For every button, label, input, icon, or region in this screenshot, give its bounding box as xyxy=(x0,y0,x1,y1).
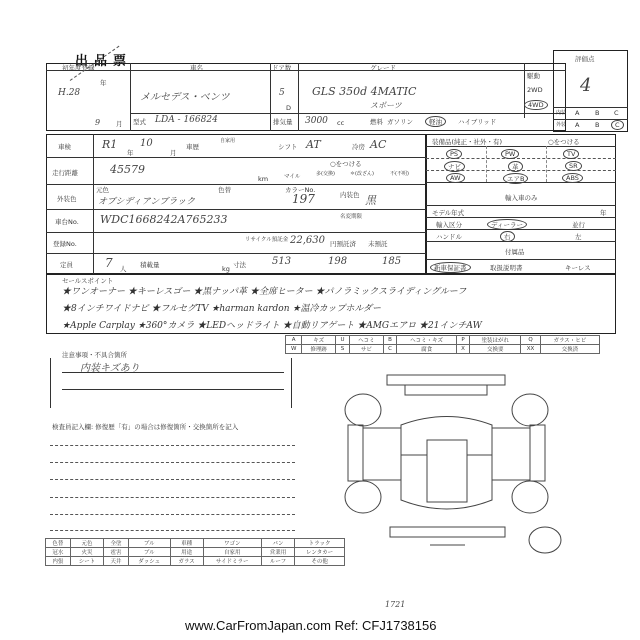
equip-aw: AW xyxy=(446,173,465,183)
ac-value: AC xyxy=(370,138,386,151)
acc-manual: 取扱説明書 xyxy=(490,263,523,272)
grade-label: グレード xyxy=(370,63,396,72)
drive-2wd: 2WD xyxy=(527,86,543,94)
fuel-gasoline: ガソリン xyxy=(387,117,413,126)
doors-value: 5 xyxy=(279,88,285,98)
equip-sr: SR xyxy=(565,161,582,171)
footer-site: www.CarFromJapan.com xyxy=(185,618,331,633)
registration-label: 登録No. xyxy=(53,239,77,248)
acc-keyless: キーレス xyxy=(565,263,591,272)
grade-sub: スポーツ xyxy=(370,100,402,111)
vin-label: 車台No. xyxy=(55,217,79,226)
exterior-grade-selected: C xyxy=(611,120,624,130)
drive-label: 駆動 xyxy=(527,71,540,80)
exterior-color-value: オブシディアンブラック xyxy=(98,194,195,207)
exterior-color-label: 外装色 xyxy=(57,194,77,203)
recycle-amount: 22,630 xyxy=(290,235,325,246)
sales-point-line: ★Apple Carplay ★360°カメラ ★LEDヘッドライト ★自動リア… xyxy=(62,318,482,331)
import-parallel: 並行 xyxy=(572,220,585,229)
footer-watermark: www.CarFromJapan.com Ref: CFJ1738156 xyxy=(185,618,436,633)
capacity-value: 7 xyxy=(105,256,113,270)
first-reg-year: H.28 xyxy=(58,88,80,98)
displacement-label: 排気量 xyxy=(273,117,293,126)
fuel-diesel: 軽油 xyxy=(425,116,446,127)
damage-legend: Aキズ Uヘコミ Bヘコミ・キズ P塗装はがれ Qガラス・ヒビ W修理跡 Sサビ… xyxy=(285,335,600,354)
color-no-value: 197 xyxy=(292,192,315,206)
mileage-label: 走行距離 xyxy=(52,168,78,177)
sales-point-line: ★8インチワイドナビ ★フルセグTV ★harman kardon ★温冷カップ… xyxy=(62,301,381,314)
equip-navi: ナビ xyxy=(444,161,465,172)
doors-label: ドア数 xyxy=(272,63,291,72)
length-value: 513 xyxy=(272,256,291,267)
acc-warranty: 新車保証書 xyxy=(430,262,471,273)
drive-4wd: 4WD xyxy=(524,100,548,110)
score-value: 4 xyxy=(580,75,591,96)
inspection-label: 車検 xyxy=(58,142,71,151)
score-label: 評価点 xyxy=(575,54,595,63)
grade-value: GLS 350d 4MATIC xyxy=(312,85,416,98)
car-name-label: 車名 xyxy=(190,63,203,72)
history-note: 自家用 xyxy=(220,137,235,144)
first-reg-label: 初年度登録 xyxy=(62,63,95,72)
displacement-value: 3000 xyxy=(305,116,328,126)
fuel-hybrid: ハイブリッド xyxy=(458,117,496,126)
vin-value: WDC1668242A765233 xyxy=(100,213,227,226)
footer-ref: CFJ1738156 xyxy=(362,618,436,633)
equip-abs: ABS xyxy=(562,173,583,183)
model-value: LDA - 166824 xyxy=(155,115,218,125)
inspection-value: R1 xyxy=(102,138,117,151)
notes-line: 内装キズあり xyxy=(80,359,140,374)
equip-ps: PS xyxy=(446,149,462,159)
sales-point-line: ★ワンオーナー ★キーレスゴー ★黒ナッパ革 ★全席ヒーター ★パノラミックスラ… xyxy=(62,284,466,297)
inspection-month: 10 xyxy=(140,138,153,149)
fuel-label: 燃料 xyxy=(370,117,383,126)
first-reg-month: 9 xyxy=(95,118,100,127)
equip-leather: 革 xyxy=(508,161,523,172)
capacity-label: 定員 xyxy=(60,260,73,269)
interior-color-value: 黒 xyxy=(365,192,376,208)
model-label: 型式 xyxy=(133,117,146,126)
history-label: 車歴 xyxy=(186,142,199,151)
condition-table: 色替元色全塗ブル車種ワゴンバントラック 冠水火災雹害ブル用途自家用営業用レンタカ… xyxy=(45,538,345,566)
car-diagram xyxy=(340,370,600,610)
shift-value: AT xyxy=(306,138,321,151)
width-value: 198 xyxy=(328,256,347,267)
equipment-label: 装備品(純正・社外・有) xyxy=(432,137,502,146)
handle-left: 左 xyxy=(575,232,582,241)
lot-number: 1721 xyxy=(385,600,405,609)
height-value: 185 xyxy=(382,256,401,267)
inspector-label: 検査員記入欄: 修復歴「有」の場合は修復箇所・交換箇所を記入 xyxy=(52,422,238,431)
mileage-value: 45579 xyxy=(110,163,145,176)
shift-label: シフト xyxy=(278,142,298,151)
ac-label: 冷房 xyxy=(352,142,365,151)
car-name: メルセデス・ベンツ xyxy=(140,88,230,103)
